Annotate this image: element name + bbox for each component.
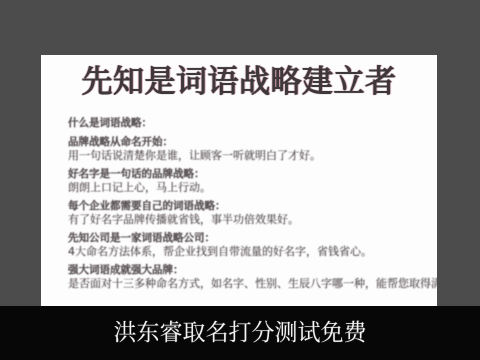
slide-title: 先知是词语战略建立者 bbox=[47, 63, 431, 101]
page-background: 先知是词语战略建立者 什么是词语战略：品牌战略从命名开始：用一句话说清楚你是谁，… bbox=[0, 0, 480, 360]
slide-heading-line: 好名字是一句话的品牌战略： bbox=[68, 168, 427, 181]
slide-body: 什么是词语战略：品牌战略从命名开始：用一句话说清楚你是谁，让顾客一听就明白了才好… bbox=[68, 117, 427, 290]
caption-bar: 洪东睿取名打分测试免费 bbox=[0, 306, 480, 360]
slide-heading-line: 先知公司是一家词语战略公司： bbox=[68, 232, 427, 245]
slide-heading-line: 什么是词语战略： bbox=[68, 117, 427, 130]
slide-body-line: 是否面对十三多种命名方式，如名字、性别、生辰八字哪一种，能帮您取得满分好名字呢？… bbox=[68, 277, 427, 290]
slide-heading-line: 强大词语成就强大品牌： bbox=[68, 264, 427, 277]
caption-text: 洪东睿取名打分测试免费 bbox=[114, 320, 367, 346]
slide-heading-line: 每个企业都需要自己的词语战略： bbox=[68, 200, 427, 213]
slide-body-line: 有了好名字品牌传播就省钱，事半功倍效果好。 bbox=[68, 213, 427, 226]
slide-body-line: 用一句话说清楚你是谁，让顾客一听就明白了才好。 bbox=[68, 149, 427, 162]
slide-heading-line: 品牌战略从命名开始： bbox=[68, 136, 427, 149]
slide-body-line: 4大命名方法体系，帮企业找到自带流量的好名字，省钱省心。 bbox=[68, 245, 427, 258]
slide-card: 先知是词语战略建立者 什么是词语战略：品牌战略从命名开始：用一句话说清楚你是谁，… bbox=[41, 55, 437, 306]
slide-body-line: 朗朗上口记上心，马上行动。 bbox=[68, 181, 427, 194]
